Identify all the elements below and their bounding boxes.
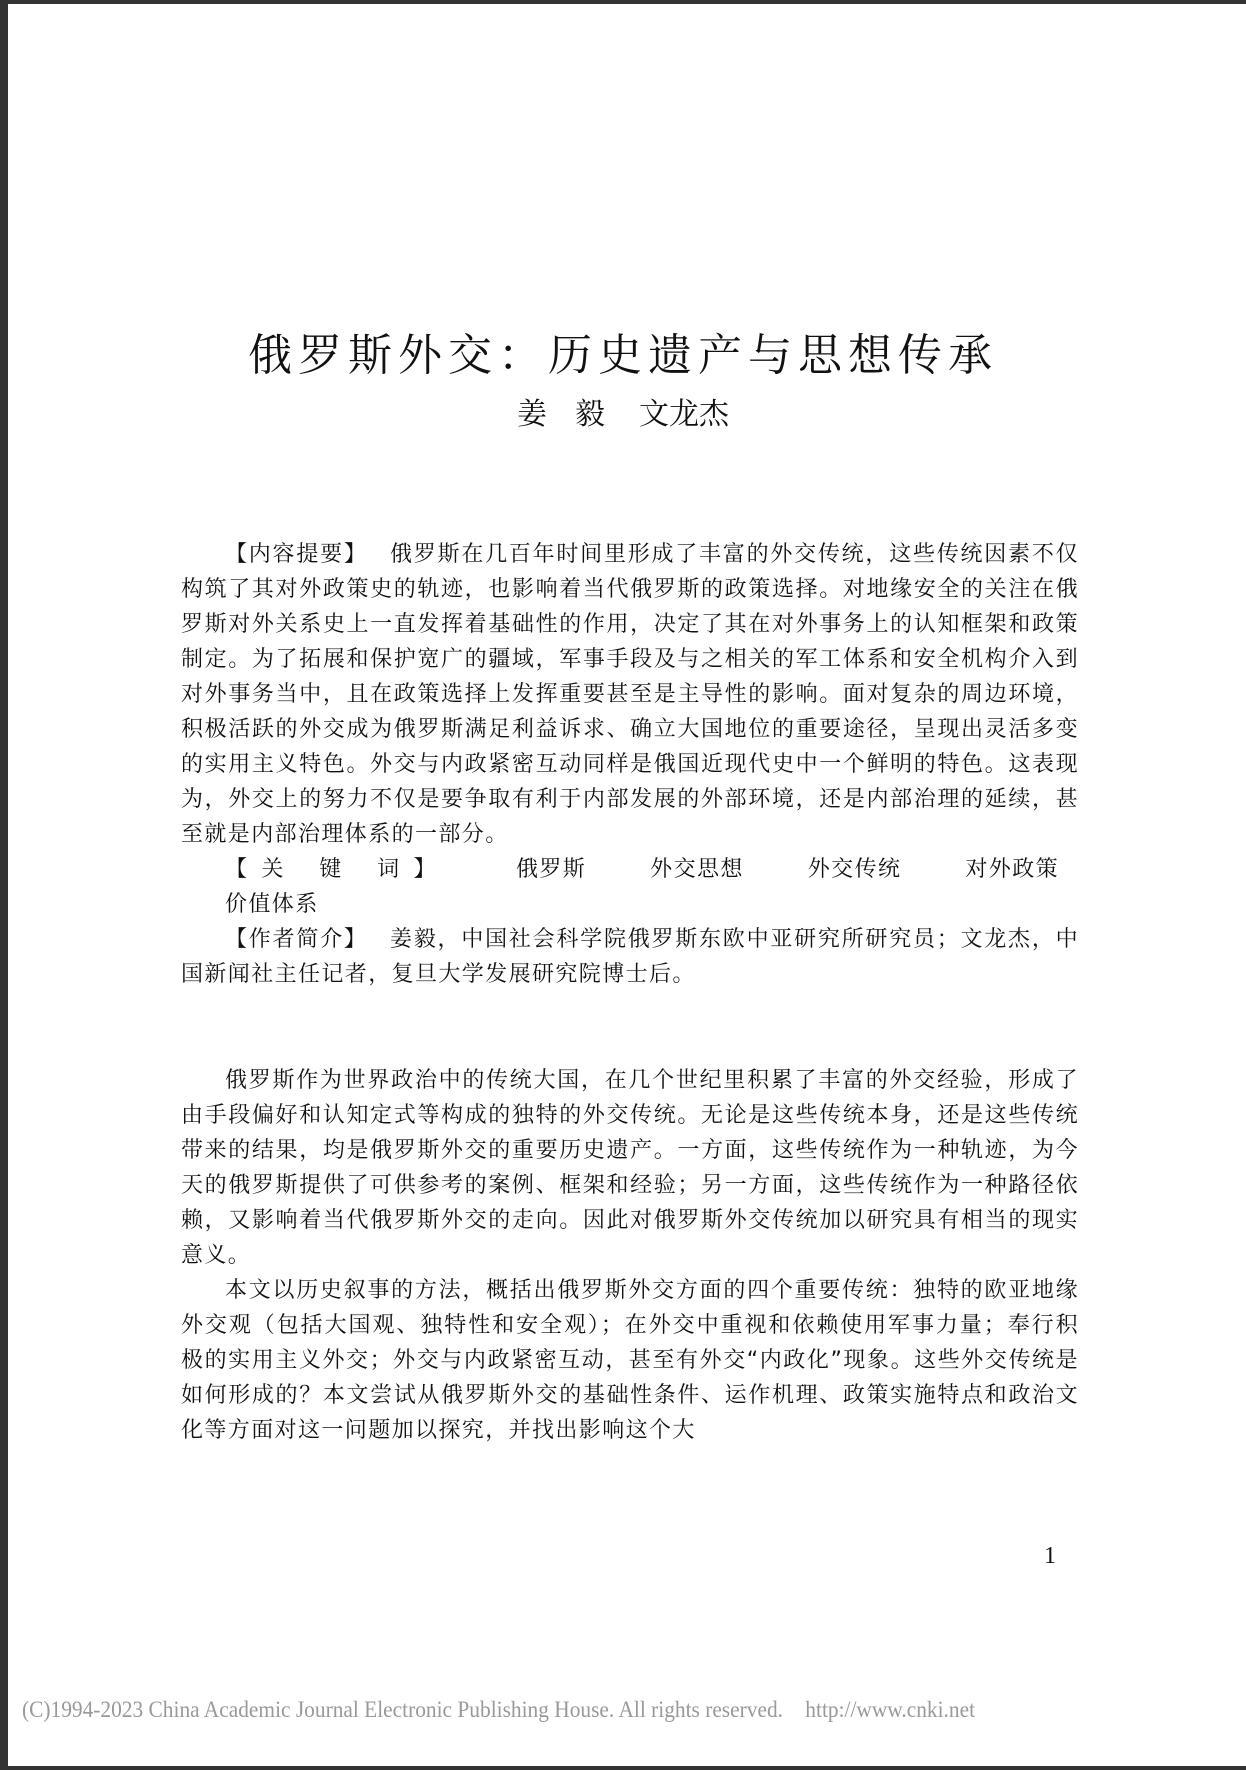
body-paragraph: 本文以历史叙事的方法，概括出俄罗斯外交方面的四个重要传统：独特的欧亚地缘外交观（… (181, 1273, 1079, 1448)
author-line: 姜毅文龙杰 (0, 395, 1246, 435)
abstract: 【内容提要】俄罗斯在几百年时间里形成了丰富的外交传统，这些传统因素不仅构筑了其对… (181, 537, 1079, 852)
keyword: 外交传统 (764, 852, 902, 887)
keyword: 价值体系 (181, 887, 319, 922)
keyword: 俄罗斯 (472, 852, 586, 887)
abstract-label: 【内容提要】 (225, 542, 368, 567)
copyright-footer: (C)1994-2023 China Academic Journal Elec… (22, 1697, 1147, 1723)
author-second: 文龙杰 (639, 395, 729, 435)
author-bio: 【作者简介】姜毅，中国社会科学院俄罗斯东欧中亚研究所研究员；文龙杰，中国新闻社主… (181, 922, 1079, 992)
publisher-url: http://www.cnki.net (805, 1697, 975, 1722)
body-text: 俄罗斯作为世界政治中的传统大国，在几个世纪里积累了丰富的外交经验，形成了由手段偏… (181, 1063, 1079, 1448)
keywords: 【关 键 词】俄罗斯外交思想外交传统对外政策价值体系 (181, 852, 1079, 922)
keyword: 对外政策 (921, 852, 1059, 887)
body-paragraph: 俄罗斯作为世界政治中的传统大国，在几个世纪里积累了丰富的外交经验，形成了由手段偏… (181, 1063, 1079, 1273)
page-number: 1 (1044, 1543, 1056, 1570)
keywords-label: 【关 键 词】 (225, 857, 450, 882)
author-surname: 姜 (517, 395, 547, 435)
copyright-text: (C)1994-2023 China Academic Journal Elec… (22, 1697, 783, 1722)
author-given-name: 毅 (575, 395, 605, 435)
keyword: 外交思想 (606, 852, 744, 887)
paper-title: 俄罗斯外交：历史遗产与思想传承 (0, 327, 1246, 385)
front-matter: 【内容提要】俄罗斯在几百年时间里形成了丰富的外交传统，这些传统因素不仅构筑了其对… (181, 537, 1079, 992)
author-bio-label: 【作者简介】 (225, 927, 368, 952)
abstract-text: 俄罗斯在几百年时间里形成了丰富的外交传统，这些传统因素不仅构筑了其对外政策史的轨… (181, 542, 1079, 847)
